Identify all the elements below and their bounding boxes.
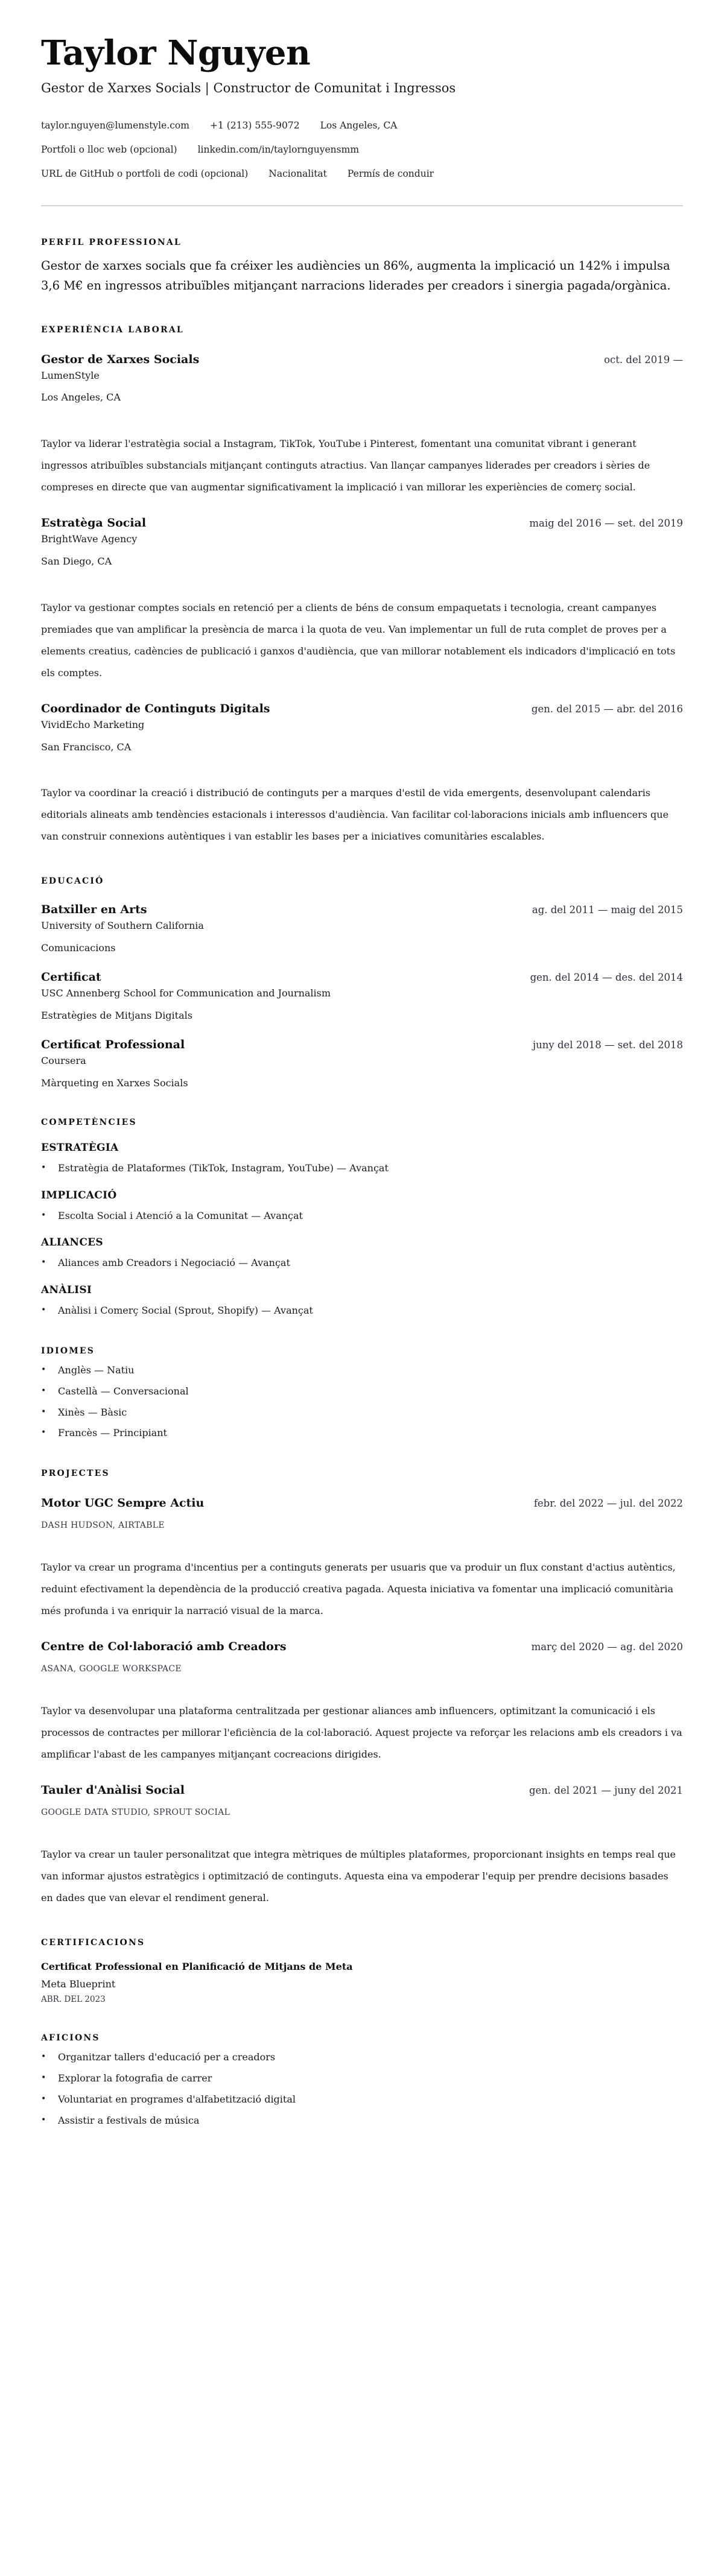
education-dates: ag. del 2011 — maig del 2015 xyxy=(532,904,683,916)
section-title: Aficions xyxy=(41,2033,683,2043)
project-entry: Centre de Col·laboració amb Creadorsmarç… xyxy=(41,1640,683,1765)
hobby-item: Organitzar tallers d'educació per a crea… xyxy=(41,2051,683,2064)
certifications-list: Certificat Professional en Planificació … xyxy=(41,1961,683,2004)
section-title: Educació xyxy=(41,876,683,886)
section-education: Educació Batxiller en Artsag. del 2011 —… xyxy=(41,876,683,1088)
contact-row: URL de GitHub o portfoli de codi (opcion… xyxy=(41,162,683,186)
entry-header: Certificatgen. del 2014 — des. del 2014 xyxy=(41,970,683,984)
section-title: Competències xyxy=(41,1118,683,1127)
project-dates: març del 2020 — ag. del 2020 xyxy=(532,1641,683,1653)
section-skills: Competències ESTRATÈGIAEstratègia de Pla… xyxy=(41,1118,683,1317)
section-summary: Perfil professional Gestor de xarxes soc… xyxy=(41,238,683,296)
project-tools: Dash Hudson, Airtable xyxy=(41,1521,683,1530)
field-of-study: Comunicacions xyxy=(41,942,683,954)
entry-header: Estratèga Socialmaig del 2016 — set. del… xyxy=(41,516,683,530)
certification-issuer: Meta Blueprint xyxy=(41,1978,683,1990)
project-dates: gen. del 2021 — juny del 2021 xyxy=(529,1785,683,1796)
education-dates: gen. del 2014 — des. del 2014 xyxy=(530,972,683,983)
job-dates: gen. del 2015 — abr. del 2016 xyxy=(532,703,683,715)
job-title: Gestor de Xarxes Socials xyxy=(41,353,199,366)
skill-list: Estratègia de Plataformes (TikTok, Insta… xyxy=(41,1162,683,1175)
language-item: Castellà — Conversacional xyxy=(41,1385,683,1398)
education-entry: Certificatgen. del 2014 — des. del 2014U… xyxy=(41,970,683,1021)
experience-list: Gestor de Xarxes Socialsoct. del 2019 —L… xyxy=(41,353,683,848)
skill-item: Escolta Social i Atenció a la Comunitat … xyxy=(41,1210,683,1223)
resume-header: Taylor Nguyen Gestor de Xarxes Socials |… xyxy=(41,35,683,186)
contact-nationality: Nacionalitat xyxy=(268,168,327,179)
language-item: Francès — Principiant xyxy=(41,1427,683,1440)
job-description: Taylor va gestionar comptes socials en r… xyxy=(41,597,683,684)
job-title: Coordinador de Continguts Digitals xyxy=(41,702,270,715)
job-location: San Diego, CA xyxy=(41,555,683,568)
experience-entry: Estratèga Socialmaig del 2016 — set. del… xyxy=(41,516,683,684)
skill-list: Aliances amb Creadors i Negociació — Ava… xyxy=(41,1257,683,1270)
skill-item: Estratègia de Plataformes (TikTok, Insta… xyxy=(41,1162,683,1175)
education-dates: juny del 2018 — set. del 2018 xyxy=(533,1039,683,1051)
languages-list: Anglès — NatiuCastellà — ConversacionalX… xyxy=(41,1364,683,1440)
company-name: LumenStyle xyxy=(41,370,683,382)
section-title: Experiència laboral xyxy=(41,325,683,335)
education-entry: Batxiller en Artsag. del 2011 — maig del… xyxy=(41,903,683,954)
contact-phone[interactable]: +1 (213) 555-9072 xyxy=(210,120,300,131)
project-name: Motor UGC Sempre Actiu xyxy=(41,1496,204,1510)
job-title: Estratèga Social xyxy=(41,516,146,530)
contact-email[interactable]: taylor.nguyen@lumenstyle.com xyxy=(41,120,189,131)
job-location: Los Angeles, CA xyxy=(41,391,683,404)
contact-github[interactable]: URL de GitHub o portfoli de codi (opcion… xyxy=(41,168,248,179)
section-certifications: Certificacions Certificat Professional e… xyxy=(41,1938,683,2004)
section-title: Projectes xyxy=(41,1469,683,1478)
skill-list: Escolta Social i Atenció a la Comunitat … xyxy=(41,1210,683,1223)
project-description: Taylor va crear un tauler personalitzat … xyxy=(41,1844,683,1909)
hobby-item: Explorar la fotografia de carrer xyxy=(41,2072,683,2085)
language-item: Anglès — Natiu xyxy=(41,1364,683,1377)
degree-title: Certificat Professional xyxy=(41,1038,185,1051)
contact-location: Los Angeles, CA xyxy=(320,120,398,131)
skill-group-title: ANÀLISI xyxy=(41,1284,683,1296)
project-entry: Tauler d'Anàlisi Socialgen. del 2021 — j… xyxy=(41,1783,683,1909)
entry-header: Centre de Col·laboració amb Creadorsmarç… xyxy=(41,1640,683,1653)
skill-group-title: ESTRATÈGIA xyxy=(41,1142,683,1154)
experience-entry: Gestor de Xarxes Socialsoct. del 2019 —L… xyxy=(41,353,683,499)
project-tools: Asana, Google Workspace xyxy=(41,1664,683,1674)
section-title: Idiomes xyxy=(41,1346,683,1356)
projects-list: Motor UGC Sempre Actiufebr. del 2022 — j… xyxy=(41,1496,683,1909)
project-entry: Motor UGC Sempre Actiufebr. del 2022 — j… xyxy=(41,1496,683,1622)
entry-header: Certificat Professionaljuny del 2018 — s… xyxy=(41,1038,683,1051)
job-location: San Francisco, CA xyxy=(41,741,683,754)
institution-name: University of Southern California xyxy=(41,920,683,932)
degree-title: Batxiller en Arts xyxy=(41,903,147,916)
contact-row: taylor.nguyen@lumenstyle.com +1 (213) 55… xyxy=(41,113,683,138)
skills-list: ESTRATÈGIAEstratègia de Plataformes (Tik… xyxy=(41,1142,683,1317)
contact-linkedin[interactable]: linkedin.com/in/taylornguyensmm xyxy=(198,144,359,155)
project-dates: febr. del 2022 — jul. del 2022 xyxy=(534,1498,683,1509)
entry-header: Gestor de Xarxes Socialsoct. del 2019 — xyxy=(41,353,683,366)
project-tools: Google Data Studio, Sprout Social xyxy=(41,1808,683,1817)
header-divider xyxy=(41,205,683,206)
entry-header: Tauler d'Anàlisi Socialgen. del 2021 — j… xyxy=(41,1783,683,1797)
project-description: Taylor va crear un programa d'incentius … xyxy=(41,1557,683,1622)
skill-item: Anàlisi i Comerç Social (Sprout, Shopify… xyxy=(41,1305,683,1317)
experience-entry: Coordinador de Continguts Digitalsgen. d… xyxy=(41,702,683,848)
candidate-headline: Gestor de Xarxes Socials | Constructor d… xyxy=(41,81,683,95)
field-of-study: Estratègies de Mitjans Digitals xyxy=(41,1010,683,1021)
education-list: Batxiller en Artsag. del 2011 — maig del… xyxy=(41,903,683,1088)
hobby-item: Voluntariat en programes d'alfabetitzaci… xyxy=(41,2093,683,2106)
candidate-name: Taylor Nguyen xyxy=(41,35,683,72)
hobbies-list: Organitzar tallers d'educació per a crea… xyxy=(41,2051,683,2127)
section-title: Perfil professional xyxy=(41,238,683,247)
project-description: Taylor va desenvolupar una plataforma ce… xyxy=(41,1700,683,1765)
education-entry: Certificat Professionaljuny del 2018 — s… xyxy=(41,1038,683,1089)
job-description: Taylor va liderar l'estratègia social a … xyxy=(41,433,683,498)
contact-info: taylor.nguyen@lumenstyle.com +1 (213) 55… xyxy=(41,113,683,186)
hobby-item: Assistir a festivals de música xyxy=(41,2115,683,2127)
summary-text: Gestor de xarxes socials que fa créixer … xyxy=(41,256,683,296)
job-description: Taylor va coordinar la creació i distrib… xyxy=(41,782,683,847)
job-dates: maig del 2016 — set. del 2019 xyxy=(529,517,683,529)
project-name: Tauler d'Anàlisi Social xyxy=(41,1783,185,1797)
section-languages: Idiomes Anglès — NatiuCastellà — Convers… xyxy=(41,1346,683,1440)
section-experience: Experiència laboral Gestor de Xarxes Soc… xyxy=(41,325,683,848)
certification-entry: Certificat Professional en Planificació … xyxy=(41,1961,683,2004)
skill-item: Aliances amb Creadors i Negociació — Ava… xyxy=(41,1257,683,1270)
skill-list: Anàlisi i Comerç Social (Sprout, Shopify… xyxy=(41,1305,683,1317)
degree-title: Certificat xyxy=(41,970,101,984)
entry-header: Batxiller en Artsag. del 2011 — maig del… xyxy=(41,903,683,916)
skill-group-title: ALIANCES xyxy=(41,1236,683,1248)
certification-name: Certificat Professional en Planificació … xyxy=(41,1961,683,1972)
certification-date: abr. del 2023 xyxy=(41,1995,683,2004)
institution-name: Coursera xyxy=(41,1055,683,1068)
contact-portfolio[interactable]: Portfoli o lloc web (opcional) xyxy=(41,144,177,155)
language-item: Xinès — Bàsic xyxy=(41,1407,683,1419)
entry-header: Motor UGC Sempre Actiufebr. del 2022 — j… xyxy=(41,1496,683,1510)
project-name: Centre de Col·laboració amb Creadors xyxy=(41,1640,287,1653)
contact-driving-license: Permís de conduir xyxy=(348,168,434,179)
resume-page: Taylor Nguyen Gestor de Xarxes Socials |… xyxy=(0,0,724,2171)
section-projects: Projectes Motor UGC Sempre Actiufebr. de… xyxy=(41,1469,683,1909)
entry-header: Coordinador de Continguts Digitalsgen. d… xyxy=(41,702,683,715)
company-name: BrightWave Agency xyxy=(41,533,683,546)
job-dates: oct. del 2019 — xyxy=(604,354,683,366)
skill-group-title: IMPLICACIÓ xyxy=(41,1189,683,1201)
section-hobbies: Aficions Organitzar tallers d'educació p… xyxy=(41,2033,683,2127)
section-title: Certificacions xyxy=(41,1938,683,1948)
contact-row: Portfoli o lloc web (opcional) linkedin.… xyxy=(41,138,683,162)
company-name: VividEcho Marketing xyxy=(41,719,683,732)
field-of-study: Màrqueting en Xarxes Socials xyxy=(41,1077,683,1089)
institution-name: USC Annenberg School for Communication a… xyxy=(41,987,683,1000)
